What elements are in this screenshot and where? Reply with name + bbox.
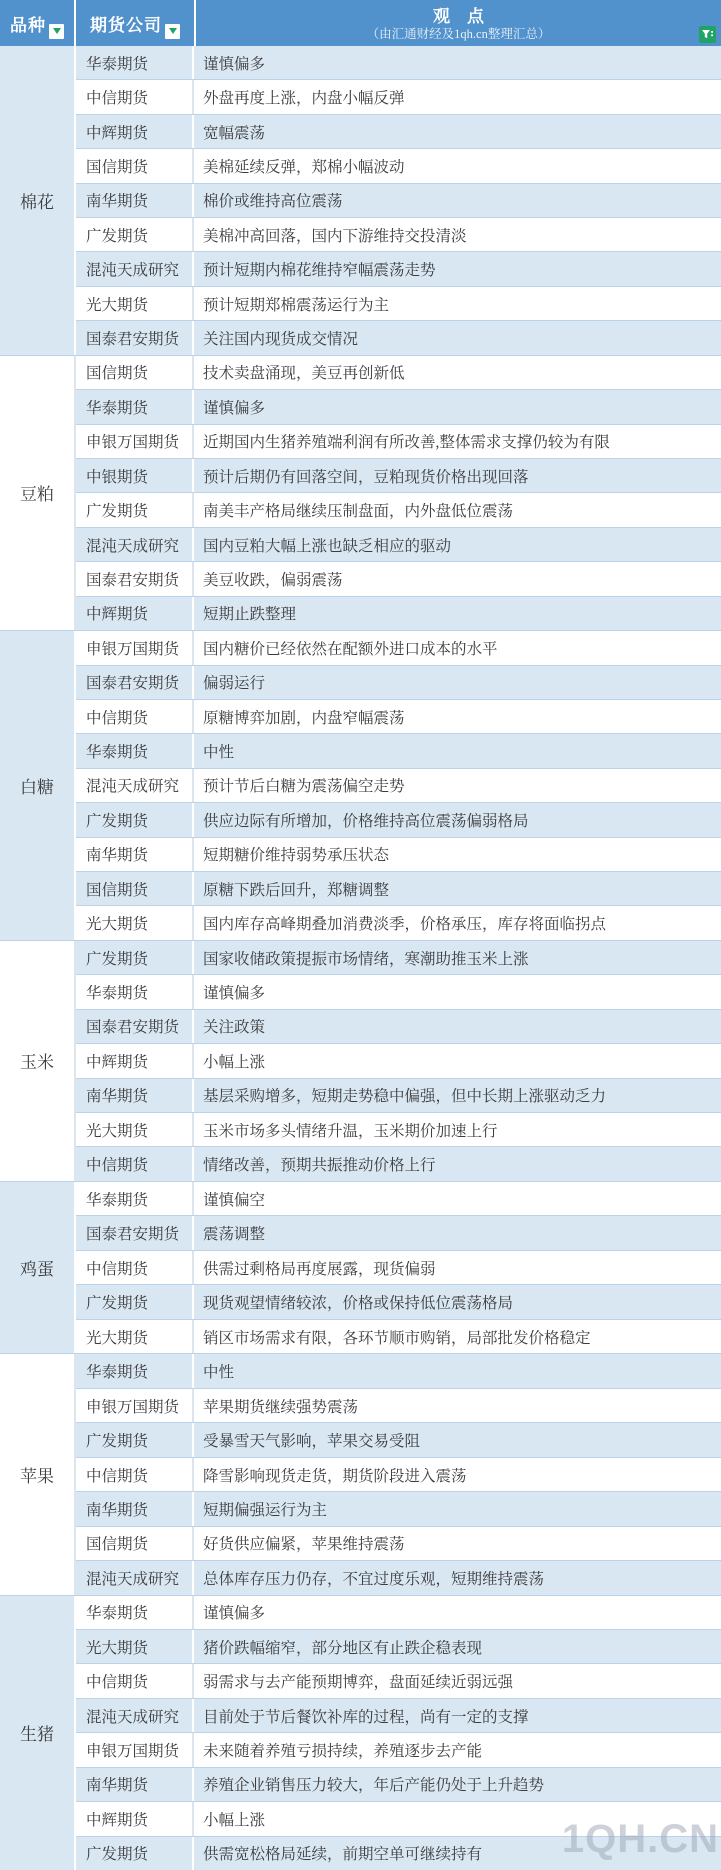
view-cell[interactable]: 震荡调整 bbox=[194, 1216, 721, 1250]
view-cell[interactable]: 好货供应偏紧，苹果维持震荡 bbox=[194, 1527, 721, 1560]
company-cell[interactable]: 中辉期货 bbox=[76, 1802, 194, 1835]
company-cell[interactable]: 混沌天成研究 bbox=[76, 1561, 194, 1594]
view-cell[interactable]: 销区市场需求有限，各环节顺市购销，局部批发价格稳定 bbox=[194, 1320, 721, 1354]
company-cell[interactable]: 申银万国期货 bbox=[76, 425, 194, 458]
company-cell[interactable]: 申银万国期货 bbox=[76, 1733, 194, 1766]
view-cell[interactable]: 谨慎偏多 bbox=[194, 975, 721, 1008]
section-rows: 广发期货国家收储政策提振市场情绪，寒潮助推玉米上涨华泰期货谨慎偏多国泰君安期货关… bbox=[76, 941, 721, 1181]
opinion-row: 国信期货技术卖盘涌现，美豆再创新低 bbox=[76, 356, 721, 390]
view-cell[interactable]: 情绪改善，预期共振推动价格上行 bbox=[194, 1147, 721, 1180]
view-cell[interactable]: 关注政策 bbox=[194, 1010, 721, 1043]
view-cell[interactable]: 短期偏强运行为主 bbox=[194, 1492, 721, 1525]
view-cell[interactable]: 近期国内生猪养殖端利润有所改善,整体需求支撑仍较为有限 bbox=[194, 425, 721, 458]
view-cell[interactable]: 未来随着养殖亏损持续，养殖逐步去产能 bbox=[194, 1733, 721, 1766]
opinion-row: 申银万国期货近期国内生猪养殖端利润有所改善,整体需求支撑仍较为有限 bbox=[76, 425, 721, 459]
header-cell-view: 观 点 （由汇通财经及1qh.cn整理汇总） bbox=[196, 0, 721, 46]
company-cell[interactable]: 国泰君安期货 bbox=[76, 321, 194, 354]
opinion-table: 品种 期货公司 观 点 （由汇通财经及1qh.cn整理汇总） 棉花华泰期货谨慎偏… bbox=[0, 0, 721, 1870]
opinion-row: 申银万国期货国内糖价已经依然在配额外进口成本的水平 bbox=[76, 631, 721, 665]
opinion-row: 华泰期货谨慎偏多 bbox=[76, 975, 721, 1009]
company-cell[interactable]: 广发期货 bbox=[76, 1423, 194, 1456]
company-cell[interactable]: 中辉期货 bbox=[76, 1044, 194, 1077]
view-cell[interactable]: 基层采购增多，短期走势稳中偏强，但中长期上涨驱动乏力 bbox=[194, 1079, 721, 1112]
view-cell[interactable]: 谨慎偏空 bbox=[194, 1182, 721, 1216]
company-cell[interactable]: 光大期货 bbox=[76, 1113, 194, 1146]
section-rows: 华泰期货谨慎偏多中信期货外盘再度上涨，内盘小幅反弹中辉期货宽幅震荡国信期货美棉延… bbox=[76, 46, 721, 355]
opinion-row: 南华期货短期糖价维持弱势承压状态 bbox=[76, 838, 721, 872]
view-cell[interactable]: 中性 bbox=[194, 734, 721, 767]
view-cell[interactable]: 目前处于节后餐饮补库的过程，尚有一定的支撑 bbox=[194, 1699, 721, 1732]
company-cell[interactable]: 广发期货 bbox=[76, 803, 194, 836]
company-cell[interactable]: 华泰期货 bbox=[76, 1354, 194, 1387]
company-cell[interactable]: 中信期货 bbox=[76, 700, 194, 733]
view-cell[interactable]: 降雪影响现货走货，期货阶段进入震荡 bbox=[194, 1458, 721, 1491]
chevron-down-icon bbox=[53, 28, 61, 34]
opinion-row: 中银期货预计后期仍有回落空间，豆粕现货价格出现回落 bbox=[76, 459, 721, 493]
view-cell[interactable]: 偏弱运行 bbox=[194, 666, 721, 699]
opinion-row: 中信期货降雪影响现货走货，期货阶段进入震荡 bbox=[76, 1458, 721, 1492]
opinion-row: 混沌天成研究总体库存压力仍存，不宜过度乐观，短期维持震荡 bbox=[76, 1561, 721, 1594]
opinion-row: 华泰期货谨慎偏空 bbox=[76, 1182, 721, 1217]
company-cell[interactable]: 南华期货 bbox=[76, 1492, 194, 1525]
opinion-row: 中信期货原糖博弈加剧，内盘窄幅震荡 bbox=[76, 700, 721, 734]
variety-column-label: 品种 bbox=[10, 11, 46, 36]
filter-dropdown-icon[interactable] bbox=[165, 24, 180, 39]
view-cell[interactable]: 谨慎偏多 bbox=[194, 1596, 721, 1629]
commodity-section: 生猪华泰期货谨慎偏多光大期货猪价跌幅缩窄，部分地区有止跌企稳表现中信期货弱需求与… bbox=[0, 1596, 721, 1870]
view-cell[interactable]: 预计短期郑棉震荡运行为主 bbox=[194, 287, 721, 320]
company-cell[interactable]: 广发期货 bbox=[76, 218, 194, 251]
company-cell[interactable]: 中信期货 bbox=[76, 1251, 194, 1285]
view-cell[interactable]: 弱需求与去产能预期博弈，盘面延续近弱远强 bbox=[194, 1664, 721, 1697]
commodity-section: 豆粕国信期货技术卖盘涌现，美豆再创新低华泰期货谨慎偏多申银万国期货近期国内生猪养… bbox=[0, 356, 721, 631]
opinion-row: 中辉期货宽幅震荡 bbox=[76, 115, 721, 149]
view-cell[interactable]: 供需宽松格局延续，前期空单可继续持有 bbox=[194, 1837, 721, 1870]
opinion-row: 华泰期货谨慎偏多 bbox=[76, 390, 721, 424]
variety-label: 玉米 bbox=[20, 1048, 54, 1073]
opinion-row: 中辉期货小幅上涨 bbox=[76, 1802, 721, 1836]
company-cell[interactable]: 南华期货 bbox=[76, 184, 194, 217]
opinion-row: 光大期货预计短期郑棉震荡运行为主 bbox=[76, 287, 721, 321]
view-cell[interactable]: 受暴雪天气影响，苹果交易受阻 bbox=[194, 1423, 721, 1456]
company-cell[interactable]: 广发期货 bbox=[76, 1837, 194, 1870]
opinion-row: 中信期货情绪改善，预期共振推动价格上行 bbox=[76, 1147, 721, 1180]
view-cell[interactable]: 总体库存压力仍存，不宜过度乐观，短期维持震荡 bbox=[194, 1561, 721, 1594]
filter-funnel-icon[interactable] bbox=[699, 26, 716, 43]
view-cell[interactable]: 供应边际有所增加，价格维持高位震荡偏弱格局 bbox=[194, 803, 721, 836]
commodity-section: 苹果华泰期货中性申银万国期货苹果期货继续强势震荡广发期货受暴雪天气影响，苹果交易… bbox=[0, 1354, 721, 1595]
view-cell[interactable]: 技术卖盘涌现，美豆再创新低 bbox=[194, 356, 721, 389]
view-cell[interactable]: 国内豆粕大幅上涨也缺乏相应的驱动 bbox=[194, 528, 721, 561]
view-cell[interactable]: 谨慎偏多 bbox=[194, 46, 721, 79]
company-cell[interactable]: 光大期货 bbox=[76, 1630, 194, 1663]
view-cell[interactable]: 宽幅震荡 bbox=[194, 115, 721, 148]
opinion-row: 混沌天成研究预计短期内棉花维持窄幅震荡走势 bbox=[76, 252, 721, 286]
view-cell[interactable]: 猪价跌幅缩窄，部分地区有止跌企稳表现 bbox=[194, 1630, 721, 1663]
view-cell[interactable]: 预计短期内棉花维持窄幅震荡走势 bbox=[194, 252, 721, 285]
company-cell[interactable]: 混沌天成研究 bbox=[76, 769, 194, 802]
company-cell[interactable]: 中信期货 bbox=[76, 1458, 194, 1491]
view-cell[interactable]: 玉米市场多头情绪升温，玉米期价加速上行 bbox=[194, 1113, 721, 1146]
company-cell[interactable]: 光大期货 bbox=[76, 287, 194, 320]
opinion-row: 中信期货弱需求与去产能预期博弈，盘面延续近弱远强 bbox=[76, 1664, 721, 1698]
view-cell[interactable]: 供需过剩格局再度展露，现货偏弱 bbox=[194, 1251, 721, 1285]
opinion-row: 国泰君安期货偏弱运行 bbox=[76, 666, 721, 700]
opinion-row: 南华期货基层采购增多，短期走势稳中偏强，但中长期上涨驱动乏力 bbox=[76, 1079, 721, 1113]
opinion-row: 南华期货养殖企业销售压力较大，年后产能仍处于上升趋势 bbox=[76, 1768, 721, 1802]
view-cell[interactable]: 短期止跌整理 bbox=[194, 597, 721, 630]
company-cell[interactable]: 国泰君安期货 bbox=[76, 562, 194, 595]
view-cell[interactable]: 小幅上涨 bbox=[194, 1044, 721, 1077]
variety-cell[interactable]: 豆粕 bbox=[0, 356, 76, 630]
company-cell[interactable]: 混沌天成研究 bbox=[76, 1699, 194, 1732]
section-rows: 国信期货技术卖盘涌现，美豆再创新低华泰期货谨慎偏多申银万国期货近期国内生猪养殖端… bbox=[76, 356, 721, 630]
view-cell[interactable]: 预计节后白糖为震荡偏空走势 bbox=[194, 769, 721, 802]
company-cell[interactable]: 光大期货 bbox=[76, 906, 194, 939]
company-cell[interactable]: 申银万国期货 bbox=[76, 1389, 194, 1422]
view-cell[interactable]: 原糖下跌后回升，郑糖调整 bbox=[194, 872, 721, 905]
view-cell[interactable]: 国内糖价已经依然在配额外进口成本的水平 bbox=[194, 631, 721, 664]
table-header: 品种 期货公司 观 点 （由汇通财经及1qh.cn整理汇总） bbox=[0, 0, 721, 46]
company-cell[interactable]: 南华期货 bbox=[76, 1768, 194, 1801]
chevron-down-icon bbox=[169, 28, 177, 34]
company-column-label: 期货公司 bbox=[90, 11, 162, 36]
company-cell[interactable]: 华泰期货 bbox=[76, 1182, 194, 1216]
view-cell[interactable]: 养殖企业销售压力较大，年后产能仍处于上升趋势 bbox=[194, 1768, 721, 1801]
variety-label: 苹果 bbox=[20, 1462, 54, 1487]
company-cell[interactable]: 国信期货 bbox=[76, 356, 194, 389]
view-cell[interactable]: 原糖博弈加剧，内盘窄幅震荡 bbox=[194, 700, 721, 733]
company-cell[interactable]: 混沌天成研究 bbox=[76, 252, 194, 285]
company-cell[interactable]: 广发期货 bbox=[76, 941, 194, 974]
view-cell[interactable]: 国内库存高峰期叠加消费淡季，价格承压，库存将面临拐点 bbox=[194, 906, 721, 939]
variety-label: 棉花 bbox=[20, 188, 54, 213]
opinion-row: 国信期货原糖下跌后回升，郑糖调整 bbox=[76, 872, 721, 906]
company-cell[interactable]: 广发期货 bbox=[76, 1285, 194, 1319]
company-cell[interactable]: 国泰君安期货 bbox=[76, 1216, 194, 1250]
view-column-subtitle: （由汇通财经及1qh.cn整理汇总） bbox=[367, 27, 551, 42]
opinion-row: 广发期货受暴雪天气影响，苹果交易受阻 bbox=[76, 1423, 721, 1457]
view-cell[interactable]: 预计后期仍有回落空间，豆粕现货价格出现回落 bbox=[194, 459, 721, 492]
opinion-row: 广发期货供应边际有所增加，价格维持高位震荡偏弱格局 bbox=[76, 803, 721, 837]
opinion-row: 华泰期货中性 bbox=[76, 734, 721, 768]
section-rows: 申银万国期货国内糖价已经依然在配额外进口成本的水平国泰君安期货偏弱运行中信期货原… bbox=[76, 631, 721, 940]
opinion-row: 国泰君安期货震荡调整 bbox=[76, 1216, 721, 1251]
opinion-row: 混沌天成研究目前处于节后餐饮补库的过程，尚有一定的支撑 bbox=[76, 1699, 721, 1733]
company-cell[interactable]: 南华期货 bbox=[76, 838, 194, 871]
opinion-row: 国信期货好货供应偏紧，苹果维持震荡 bbox=[76, 1527, 721, 1561]
opinion-row: 中辉期货小幅上涨 bbox=[76, 1044, 721, 1078]
opinion-row: 华泰期货谨慎偏多 bbox=[76, 1596, 721, 1630]
view-cell[interactable]: 现货观望情绪较浓，价格或保持低位震荡格局 bbox=[194, 1285, 721, 1319]
filter-dropdown-icon[interactable] bbox=[49, 24, 64, 39]
variety-label: 白糖 bbox=[20, 773, 54, 798]
view-cell[interactable]: 美棉延续反弹，郑棉小幅波动 bbox=[194, 149, 721, 182]
opinion-row: 申银万国期货苹果期货继续强势震荡 bbox=[76, 1389, 721, 1423]
opinion-row: 申银万国期货未来随着养殖亏损持续，养殖逐步去产能 bbox=[76, 1733, 721, 1767]
view-cell[interactable]: 外盘再度上涨，内盘小幅反弹 bbox=[194, 80, 721, 113]
view-column-title: 观 点 bbox=[433, 7, 484, 27]
opinion-row: 光大期货销区市场需求有限，各环节顺市购销，局部批发价格稳定 bbox=[76, 1320, 721, 1354]
opinion-row: 光大期货猪价跌幅缩窄，部分地区有止跌企稳表现 bbox=[76, 1630, 721, 1664]
variety-label: 生猪 bbox=[20, 1720, 54, 1745]
variety-cell[interactable]: 白糖 bbox=[0, 631, 76, 940]
variety-label: 鸡蛋 bbox=[20, 1255, 54, 1280]
variety-cell[interactable]: 生猪 bbox=[0, 1596, 76, 1870]
company-cell[interactable]: 申银万国期货 bbox=[76, 631, 194, 664]
view-cell[interactable]: 短期糖价维持弱势承压状态 bbox=[194, 838, 721, 871]
company-cell[interactable]: 国信期货 bbox=[76, 1527, 194, 1560]
view-cell[interactable]: 美棉冲高回落，国内下游维持交投清淡 bbox=[194, 218, 721, 251]
company-cell[interactable]: 华泰期货 bbox=[76, 1596, 194, 1629]
company-cell[interactable]: 中信期货 bbox=[76, 80, 194, 113]
commodity-section: 玉米广发期货国家收储政策提振市场情绪，寒潮助推玉米上涨华泰期货谨慎偏多国泰君安期… bbox=[0, 941, 721, 1182]
opinion-row: 中辉期货短期止跌整理 bbox=[76, 597, 721, 630]
opinion-row: 中信期货供需过剩格局再度展露，现货偏弱 bbox=[76, 1251, 721, 1286]
company-cell[interactable]: 中信期货 bbox=[76, 1147, 194, 1180]
view-cell[interactable]: 小幅上涨 bbox=[194, 1802, 721, 1835]
view-cell[interactable]: 美豆收跌，偏弱震荡 bbox=[194, 562, 721, 595]
view-cell[interactable]: 南美丰产格局继续压制盘面，内外盘低位震荡 bbox=[194, 493, 721, 526]
opinion-row: 混沌天成研究预计节后白糖为震荡偏空走势 bbox=[76, 769, 721, 803]
view-cell[interactable]: 国家收储政策提振市场情绪，寒潮助推玉米上涨 bbox=[194, 941, 721, 974]
commodity-section: 棉花华泰期货谨慎偏多中信期货外盘再度上涨，内盘小幅反弹中辉期货宽幅震荡国信期货美… bbox=[0, 46, 721, 356]
opinion-row: 国信期货美棉延续反弹，郑棉小幅波动 bbox=[76, 149, 721, 183]
variety-cell[interactable]: 棉花 bbox=[0, 46, 76, 355]
company-cell[interactable]: 南华期货 bbox=[76, 1079, 194, 1112]
opinion-row: 国泰君安期货美豆收跌，偏弱震荡 bbox=[76, 562, 721, 596]
opinion-row: 广发期货国家收储政策提振市场情绪，寒潮助推玉米上涨 bbox=[76, 941, 721, 975]
company-cell[interactable]: 中信期货 bbox=[76, 1664, 194, 1697]
opinion-row: 国泰君安期货关注政策 bbox=[76, 1010, 721, 1044]
company-cell[interactable]: 华泰期货 bbox=[76, 975, 194, 1008]
opinion-row: 广发期货现货观望情绪较浓，价格或保持低位震荡格局 bbox=[76, 1285, 721, 1320]
variety-cell[interactable]: 鸡蛋 bbox=[0, 1182, 76, 1354]
commodity-section: 白糖申银万国期货国内糖价已经依然在配额外进口成本的水平国泰君安期货偏弱运行中信期… bbox=[0, 631, 721, 941]
company-cell[interactable]: 国泰君安期货 bbox=[76, 666, 194, 699]
section-rows: 华泰期货中性申银万国期货苹果期货继续强势震荡广发期货受暴雪天气影响，苹果交易受阻… bbox=[76, 1354, 721, 1594]
company-cell[interactable]: 光大期货 bbox=[76, 1320, 194, 1354]
table-body: 棉花华泰期货谨慎偏多中信期货外盘再度上涨，内盘小幅反弹中辉期货宽幅震荡国信期货美… bbox=[0, 46, 721, 1870]
opinion-row: 光大期货国内库存高峰期叠加消费淡季，价格承压，库存将面临拐点 bbox=[76, 906, 721, 939]
opinion-row: 广发期货美棉冲高回落，国内下游维持交投清淡 bbox=[76, 218, 721, 252]
variety-label: 豆粕 bbox=[20, 480, 54, 505]
opinion-row: 中信期货外盘再度上涨，内盘小幅反弹 bbox=[76, 80, 721, 114]
company-cell[interactable]: 华泰期货 bbox=[76, 734, 194, 767]
header-cell-company: 期货公司 bbox=[76, 0, 196, 46]
opinion-row: 南华期货棉价或维持高位震荡 bbox=[76, 184, 721, 218]
opinion-row: 华泰期货中性 bbox=[76, 1354, 721, 1388]
view-cell[interactable]: 苹果期货继续强势震荡 bbox=[194, 1389, 721, 1422]
opinion-row: 混沌天成研究国内豆粕大幅上涨也缺乏相应的驱动 bbox=[76, 528, 721, 562]
company-cell[interactable]: 中银期货 bbox=[76, 459, 194, 492]
view-cell[interactable]: 棉价或维持高位震荡 bbox=[194, 184, 721, 217]
section-rows: 华泰期货谨慎偏多光大期货猪价跌幅缩窄，部分地区有止跌企稳表现中信期货弱需求与去产… bbox=[76, 1596, 721, 1870]
company-cell[interactable]: 华泰期货 bbox=[76, 390, 194, 423]
company-cell[interactable]: 中辉期货 bbox=[76, 115, 194, 148]
company-cell[interactable]: 广发期货 bbox=[76, 493, 194, 526]
opinion-row: 广发期货供需宽松格局延续，前期空单可继续持有 bbox=[76, 1837, 721, 1870]
view-cell[interactable]: 谨慎偏多 bbox=[194, 390, 721, 423]
opinion-row: 光大期货玉米市场多头情绪升温，玉米期价加速上行 bbox=[76, 1113, 721, 1147]
company-cell[interactable]: 国泰君安期货 bbox=[76, 1010, 194, 1043]
company-cell[interactable]: 中辉期货 bbox=[76, 597, 194, 630]
opinion-row: 华泰期货谨慎偏多 bbox=[76, 46, 721, 80]
header-cell-variety: 品种 bbox=[0, 0, 76, 46]
opinion-row: 广发期货南美丰产格局继续压制盘面，内外盘低位震荡 bbox=[76, 493, 721, 527]
view-cell[interactable]: 中性 bbox=[194, 1354, 721, 1387]
opinion-row: 南华期货短期偏强运行为主 bbox=[76, 1492, 721, 1526]
company-cell[interactable]: 华泰期货 bbox=[76, 46, 194, 79]
company-cell[interactable]: 国信期货 bbox=[76, 872, 194, 905]
section-rows: 华泰期货谨慎偏空国泰君安期货震荡调整中信期货供需过剩格局再度展露，现货偏弱广发期… bbox=[76, 1182, 721, 1354]
company-cell[interactable]: 国信期货 bbox=[76, 149, 194, 182]
company-cell[interactable]: 混沌天成研究 bbox=[76, 528, 194, 561]
variety-cell[interactable]: 苹果 bbox=[0, 1354, 76, 1594]
view-cell[interactable]: 关注国内现货成交情况 bbox=[194, 321, 721, 354]
commodity-section: 鸡蛋华泰期货谨慎偏空国泰君安期货震荡调整中信期货供需过剩格局再度展露，现货偏弱广… bbox=[0, 1182, 721, 1355]
opinion-row: 国泰君安期货关注国内现货成交情况 bbox=[76, 321, 721, 354]
variety-cell[interactable]: 玉米 bbox=[0, 941, 76, 1181]
